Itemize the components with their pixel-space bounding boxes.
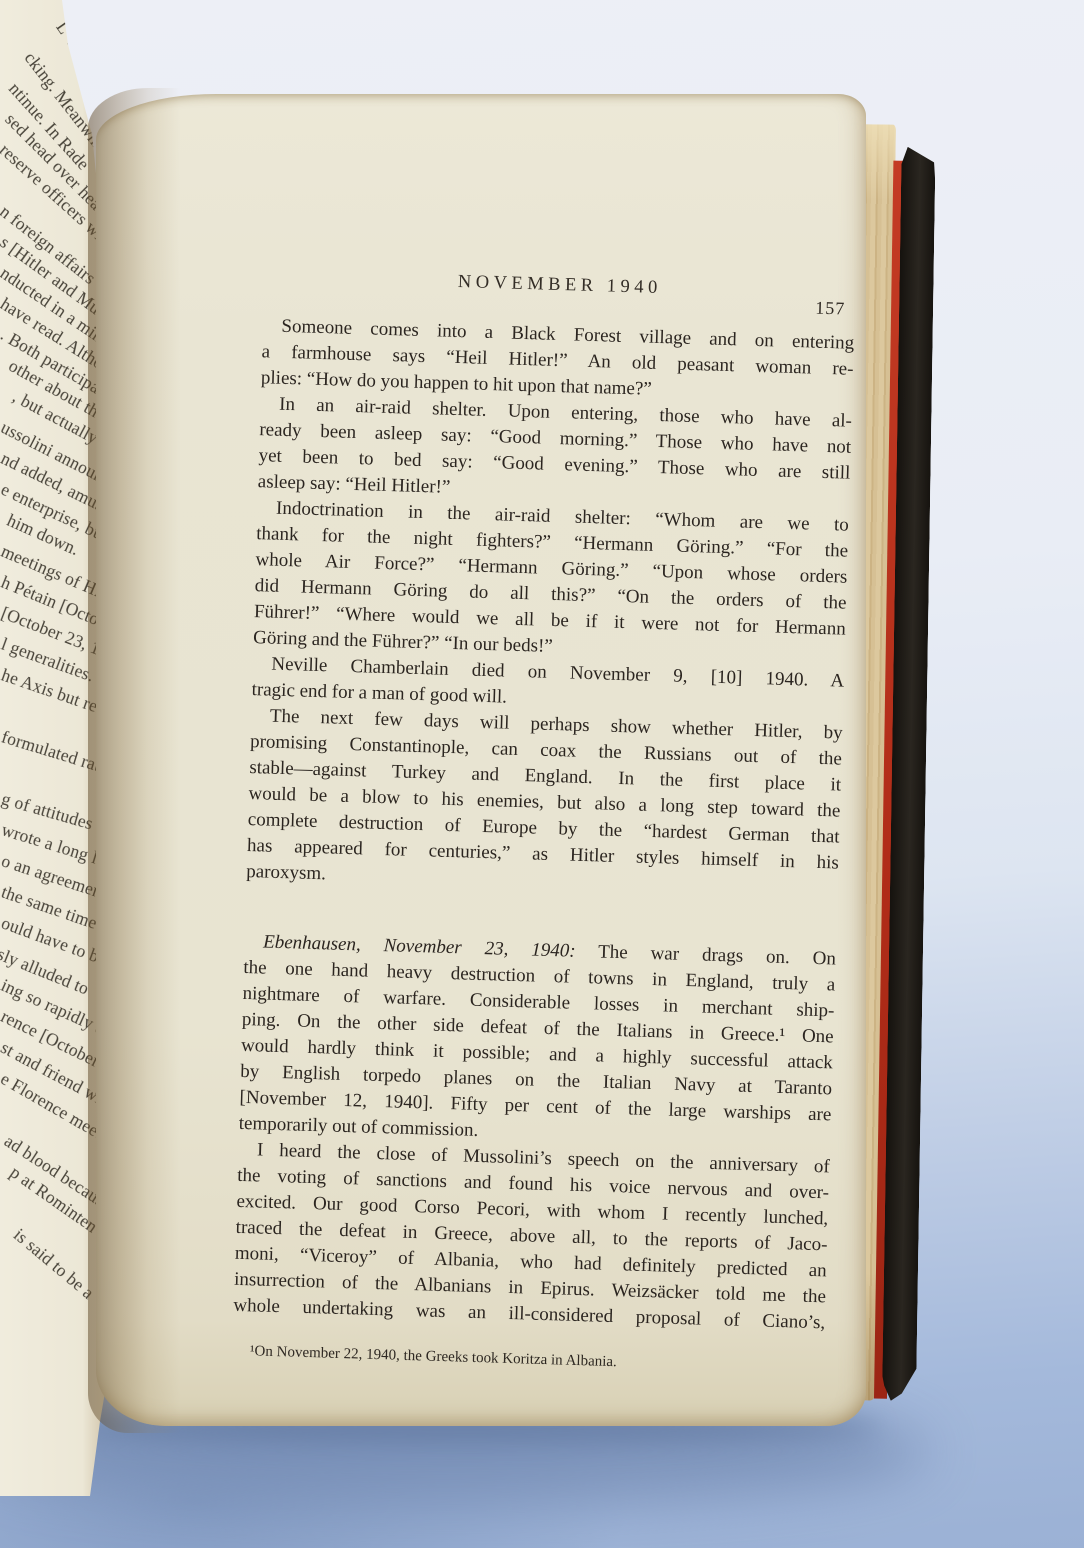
page-text-block: NOVEMBER 1940 157 Someone comes into a B… bbox=[232, 266, 856, 1378]
page-header: NOVEMBER 1940 157 bbox=[263, 266, 856, 314]
paragraph: Ebenhausen, November 23, 1940: The war d… bbox=[238, 929, 836, 1154]
paragraph: Indoctrination in the air-raid shelter: … bbox=[253, 495, 849, 668]
paragraph: The next few days will perhaps show whet… bbox=[246, 703, 843, 902]
page-number: 157 bbox=[815, 298, 846, 320]
paragraph: In an air-raid shelter. Upon entering, t… bbox=[257, 391, 852, 513]
paragraph: I heard the close of Mussolini’s speech … bbox=[233, 1137, 830, 1336]
footnote: ¹On November 22, 1940, the Greeks took K… bbox=[232, 1341, 824, 1379]
paragraphs: Someone comes into a Black Forest villag… bbox=[233, 313, 855, 1336]
right-page: NOVEMBER 1940 157 Someone comes into a B… bbox=[96, 94, 866, 1426]
open-book-photo: L DIARIEScking. Meanwhilentinue. In Rade… bbox=[0, 0, 1084, 1548]
running-head: NOVEMBER 1940 bbox=[264, 266, 856, 305]
